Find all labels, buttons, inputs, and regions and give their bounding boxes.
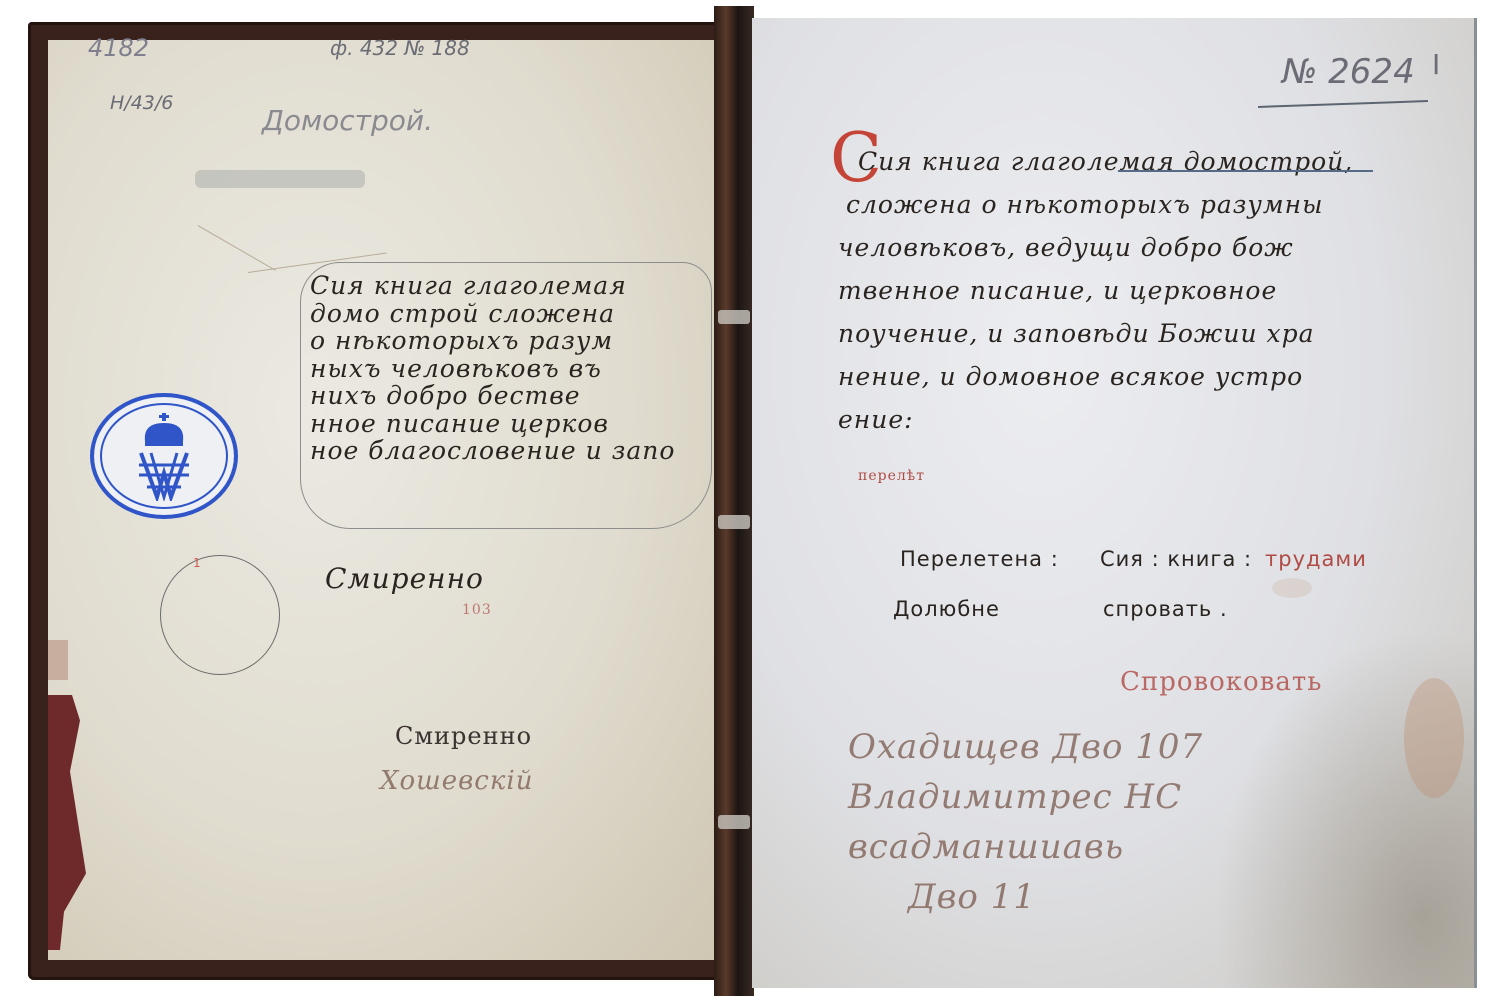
cursive-line: Охадищев Дво 107 xyxy=(848,722,1203,772)
blue-underline xyxy=(1118,170,1373,172)
stain xyxy=(1272,578,1312,598)
fond-reference: ф. 432 № 188 xyxy=(330,36,470,60)
sheet-number: I xyxy=(1432,48,1440,81)
open-manuscript: 4182 Н/43/6 ф. 432 № 188 Домострой. 1 Си… xyxy=(0,0,1500,1000)
text-line: поучение, и заповѣди Божии хра xyxy=(838,312,1353,355)
imperial-library-stamp xyxy=(90,393,238,519)
cursive-line: всадманшиавь xyxy=(848,822,1203,872)
signature-smirenno: Смиренно xyxy=(325,562,484,595)
copy-line: ныхъ человѣковъ въ xyxy=(310,355,675,383)
text-line: человѣковъ, ведущи добро бож xyxy=(838,226,1353,269)
red-marginal-note: перелѣт xyxy=(858,468,925,484)
stamp-red-number: 1 xyxy=(193,556,201,570)
title-note: Домострой. xyxy=(262,104,433,137)
copy-line: домо строй сложена xyxy=(310,300,675,328)
text-line: твенное писание, и церковное xyxy=(838,269,1353,312)
red-word-sprovokovat: Спровоковать xyxy=(1120,667,1322,697)
signature-smirenno-2: Смиренно xyxy=(395,722,532,750)
signature-khoshevsky: Хошевскій xyxy=(380,766,533,796)
inventory-number: № 2624 xyxy=(1282,52,1415,92)
cursive-line: Дво 11 xyxy=(848,872,1203,922)
copy-line: Сия книга глаголемая xyxy=(310,272,675,300)
binding-thread xyxy=(718,515,750,529)
text-line: нение, и домовное всякое устро xyxy=(838,355,1353,398)
binding-note-trudami: трудами xyxy=(1265,547,1367,571)
text-line: сложена о нѣкоторыхъ разумны xyxy=(838,183,1353,226)
text-line: ение: xyxy=(838,398,1353,441)
book-spine xyxy=(714,6,754,996)
copy-line: нное писание церков xyxy=(310,410,675,438)
copy-line: нихъ добро бестве xyxy=(310,382,675,410)
shelfmark-number: 4182 xyxy=(88,34,149,62)
binding-note-dolubne: Долюбне xyxy=(893,597,1000,621)
cursive-note: Охадищев Дво 107 Владимитрес НС всадманш… xyxy=(848,722,1203,922)
binding-thread xyxy=(718,310,750,324)
shelfmark-fraction: Н/43/6 xyxy=(110,92,173,114)
stain xyxy=(1404,678,1464,798)
exposed-leather-patch xyxy=(48,640,68,680)
binding-note-perelet: Перелетена : xyxy=(900,547,1059,571)
left-ink-copy: Сия книга глаголемая домо строй сложена … xyxy=(310,272,675,465)
exposed-leather-patch xyxy=(48,695,88,950)
text-line: Сия книга глаголемая домострой, xyxy=(838,140,1353,183)
right-main-text: Сия книга глаголемая домострой, сложена … xyxy=(838,140,1353,441)
erasure-smudge xyxy=(195,170,365,188)
binding-thread xyxy=(718,815,750,829)
copy-line: о нѣкоторыхъ разум xyxy=(310,327,675,355)
crown-monogram-icon xyxy=(129,411,199,501)
red-small-number: 103 xyxy=(462,602,492,618)
binding-note-sprovat: спровать . xyxy=(1103,597,1228,621)
cursive-line: Владимитрес НС xyxy=(848,772,1203,822)
copy-line: ное благословение и запо xyxy=(310,437,675,465)
binding-note-sia-kniga: Сия : книга : xyxy=(1100,547,1252,571)
round-library-stamp: 1 xyxy=(160,555,280,675)
